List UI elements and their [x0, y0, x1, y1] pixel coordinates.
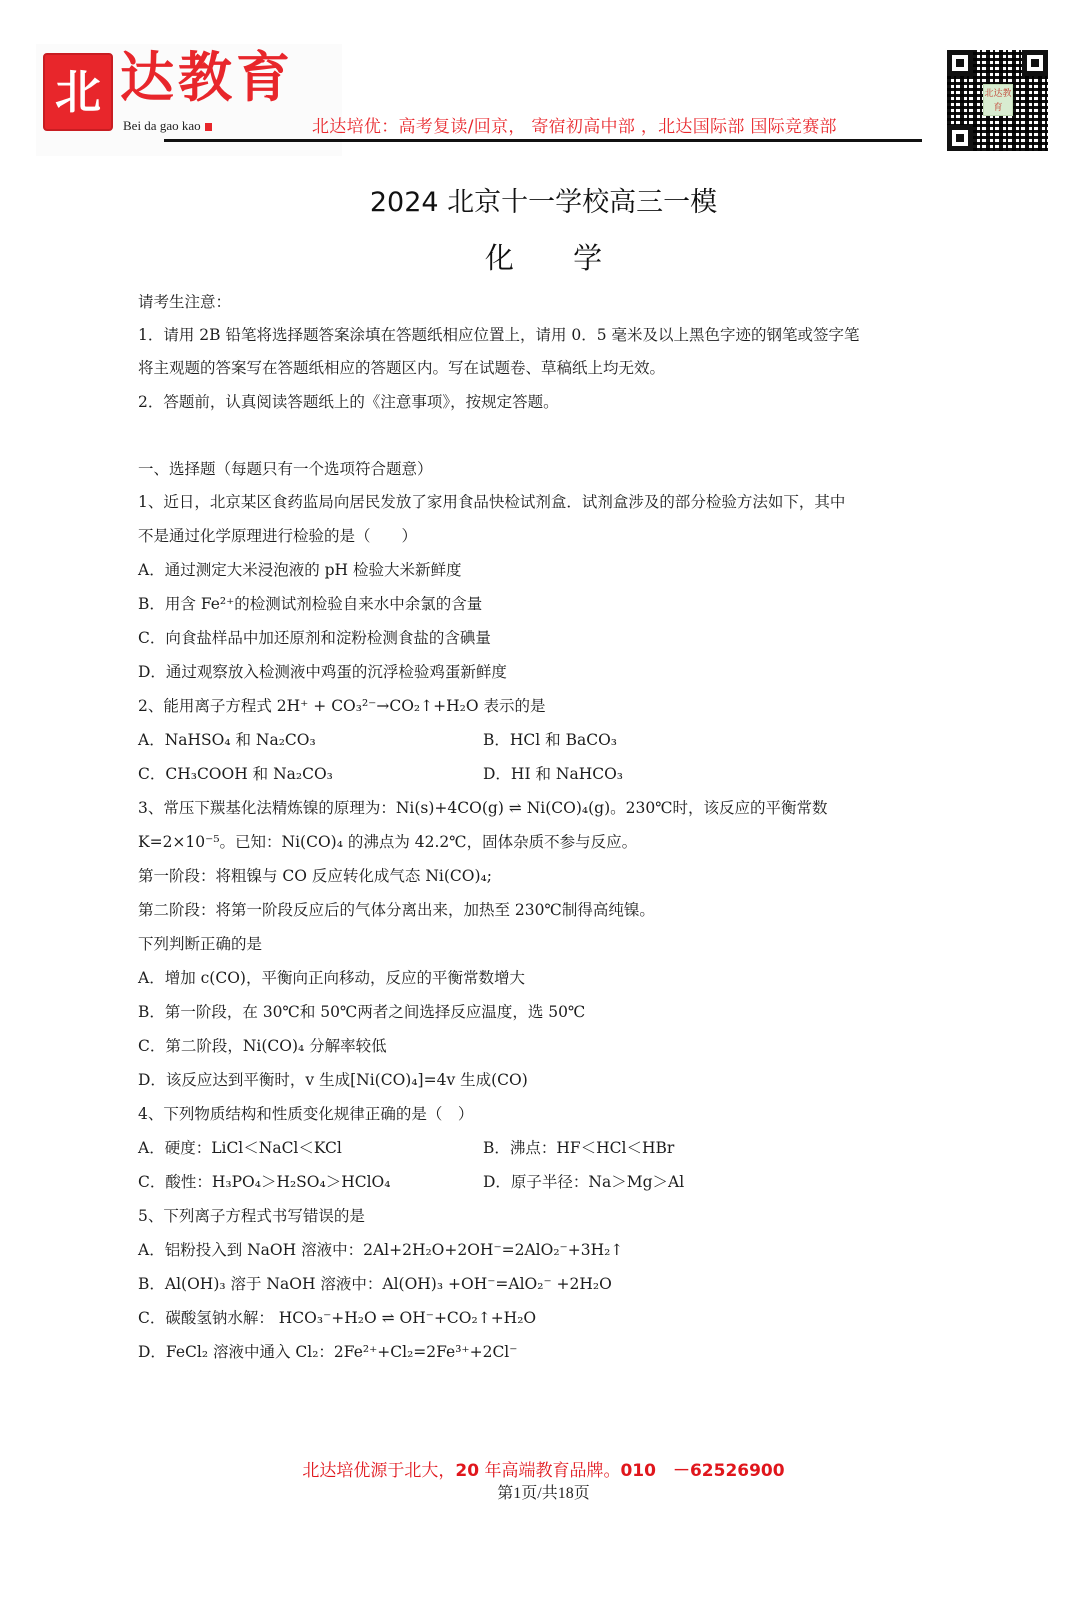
question-5-option-d: D．FeCl₂ 溶液中通入 Cl₂：2Fe²⁺+Cl₂=2Fe³⁺+2Cl⁻: [138, 1342, 517, 1362]
notice-item: 2．答题前，认真阅读答题纸上的《注意事项》，按规定答题。: [138, 392, 559, 412]
question-4-option-a: A．硬度：LiCl＜NaCl＜KCl: [138, 1138, 342, 1158]
qr-finder-icon: [947, 125, 973, 151]
question-3-stem: 下列判断正确的是: [138, 934, 262, 954]
footer-brand-years: 20: [455, 1461, 479, 1481]
notice-item: 1．请用 2B 铅笔将选择题答案涂填在答题纸相应位置上，请用 0．5 毫米及以上…: [138, 325, 860, 345]
footer-phone: 010 －62526900: [620, 1461, 784, 1481]
logo-name: 达教育: [120, 50, 294, 104]
exam-subject: 化 学: [0, 236, 1087, 277]
question-4-stem: 4、下列物质结构和性质变化规律正确的是（ ）: [138, 1104, 473, 1124]
section-heading: 一、选择题（每题只有一个选项符合题意）: [138, 459, 433, 479]
question-3-stem: K=2×10⁻⁵。已知：Ni(CO)₄ 的沸点为 42.2℃，固体杂质不参与反应…: [138, 832, 637, 852]
qr-finder-icon: [947, 50, 973, 76]
question-3-option-d: D．该反应达到平衡时，v 生成[Ni(CO)₄]=4v 生成(CO): [138, 1070, 528, 1090]
qr-code-icon: 北达教育: [947, 50, 1048, 151]
notice-heading: 请考生注意：: [138, 292, 231, 312]
footer-brand-text: 北达培优源于北大，: [302, 1461, 455, 1481]
question-3-option-b: B．第一阶段，在 30℃和 50℃两者之间选择反应温度，选 50℃: [138, 1002, 585, 1022]
question-3-stem: 第二阶段：将第一阶段反应后的气体分离出来，加热至 230℃制得高纯镍。: [138, 900, 655, 920]
question-4-option-b: B．沸点：HF＜HCl＜HBr: [483, 1138, 674, 1158]
question-1-stem: 不是通过化学原理进行检验的是（ ）: [138, 526, 417, 546]
qr-finder-icon: [1022, 50, 1048, 76]
page-number: 第1页/共18页: [0, 1480, 1087, 1503]
question-5-stem: 5、下列离子方程式书写错误的是: [138, 1206, 365, 1226]
question-1-option-b: B．用含 Fe²⁺的检测试剂检验自来水中余氯的含量: [138, 594, 482, 614]
question-4-option-d: D．原子半径：Na＞Mg＞Al: [483, 1172, 684, 1192]
question-2-option-d: D．HI 和 NaHCO₃: [483, 764, 623, 784]
question-3-stem: 3、常压下羰基化法精炼镍的原理为：Ni(s)+4CO(g) ⇌ Ni(CO)₄(…: [138, 798, 828, 818]
question-1-stem: 1、近日，北京某区食药监局向居民发放了家用食品快检试剂盒．试剂盒涉及的部分检验方…: [138, 492, 845, 512]
question-1-option-c: C．向食盐样品中加还原剂和淀粉检测食盐的含碘量: [138, 628, 491, 648]
question-4-option-c: C．酸性：H₃PO₄＞H₂SO₄＞HClO₄: [138, 1172, 390, 1192]
question-1-option-a: A．通过测定大米浸泡液的 pH 检验大米新鲜度: [138, 560, 462, 580]
square-icon: [205, 123, 212, 131]
question-1-option-d: D．通过观察放入检测液中鸡蛋的沉浮检验鸡蛋新鲜度: [138, 662, 507, 682]
logo-seal-char: 北: [55, 69, 101, 115]
logo-subtitle-text: Bei da gao kao: [123, 118, 201, 133]
notice-item: 将主观题的答案写在答题纸相应的答题区内。写在试题卷、草稿纸上均无效。: [138, 358, 665, 378]
qr-center-logo: 北达教育: [983, 84, 1013, 116]
question-2-stem: 2、能用离子方程式 2H⁺ + CO₃²⁻→CO₂↑+H₂O 表示的是: [138, 696, 545, 716]
footer-brand-text: 年高端教育品牌。: [479, 1461, 620, 1481]
logo-seal: 北: [43, 53, 113, 131]
header-tagline: 北达培优：高考复读/回京， 寄宿初高中部 ，北达国际部 国际竞赛部: [312, 112, 837, 137]
question-3-option-c: C．第二阶段，Ni(CO)₄ 分解率较低: [138, 1036, 387, 1056]
page-header: 北 达教育 Bei da gao kao 北达培优：高考复读/回京， 寄宿初高中…: [0, 0, 1087, 160]
exam-title: 2024 北京十一学校高三一模: [0, 180, 1087, 219]
question-2-option-a: A．NaHSO₄ 和 Na₂CO₃: [138, 730, 316, 750]
logo-subtitle: Bei da gao kao: [123, 118, 212, 134]
question-5-option-a: A．铝粉投入到 NaOH 溶液中：2Al+2H₂O+2OH⁻=2AlO₂⁻+3H…: [138, 1240, 623, 1260]
question-3-stem: 第一阶段：将粗镍与 CO 反应转化成气态 Ni(CO)₄;: [138, 866, 492, 886]
question-2-option-b: B．HCl 和 BaCO₃: [483, 730, 617, 750]
header-divider: [164, 139, 922, 142]
question-5-option-b: B．Al(OH)₃ 溶于 NaOH 溶液中：Al(OH)₃ +OH⁻=AlO₂⁻…: [138, 1274, 612, 1294]
question-3-option-a: A．增加 c(CO)，平衡向正向移动，反应的平衡常数增大: [138, 968, 525, 988]
footer-brand: 北达培优源于北大，20 年高端教育品牌。010 －62526900: [0, 1456, 1087, 1481]
question-2-option-c: C．CH₃COOH 和 Na₂CO₃: [138, 764, 333, 784]
question-5-option-c: C．碳酸氢钠水解： HCO₃⁻+H₂O ⇌ OH⁻+CO₂↑+H₂O: [138, 1308, 536, 1328]
